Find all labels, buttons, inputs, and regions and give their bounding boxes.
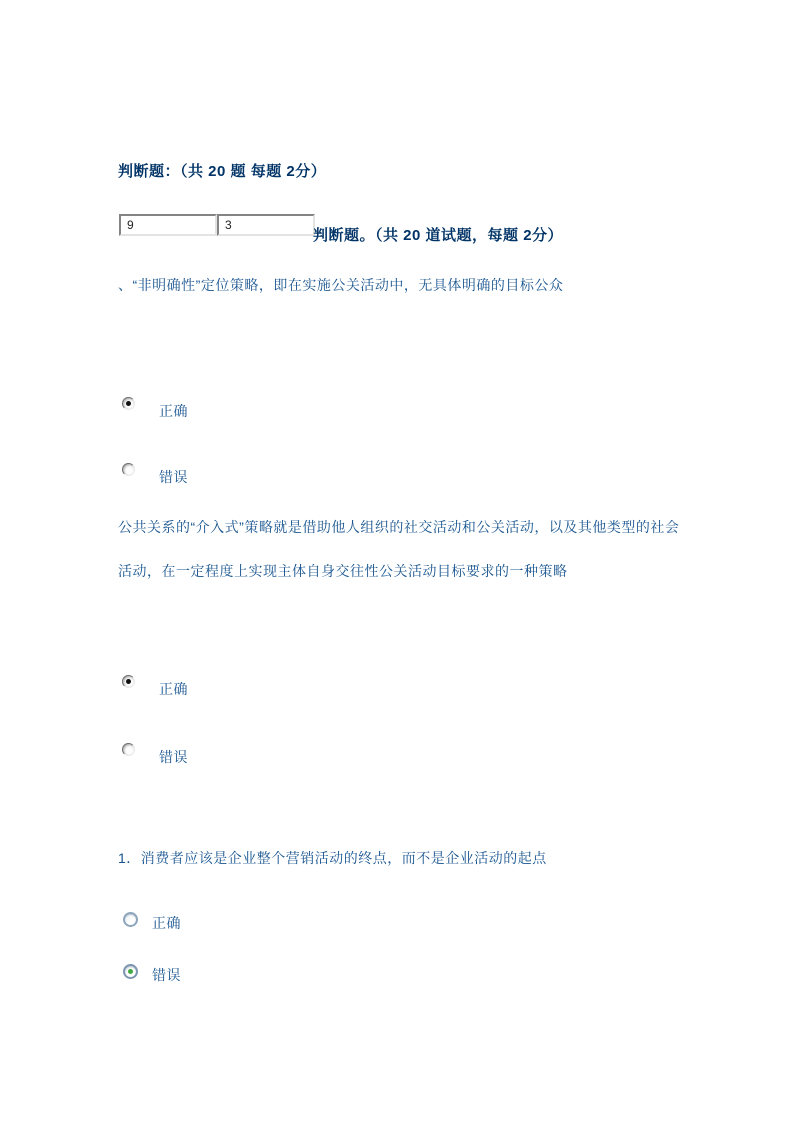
radio-dot	[126, 401, 131, 406]
document-page: 判断题：（共 20 题 每题 2分） 判断题。（共 20 道试题，每题 2分） …	[0, 0, 794, 1123]
question-2-text: 公共关系的“介入式”策略就是借助他人组织的社交活动和公关活动，以及其他类型的社会…	[118, 505, 688, 593]
question-3-radio-false[interactable]	[123, 964, 138, 979]
score-input-1[interactable]	[119, 214, 217, 236]
question-3-radio-true[interactable]	[123, 912, 138, 927]
question-1-label-true: 正确	[159, 401, 188, 421]
radio-dot	[126, 679, 131, 684]
score-input-2[interactable]	[217, 214, 315, 236]
question-3-label-true: 正确	[152, 913, 181, 933]
question-2-label-false: 错误	[159, 747, 188, 767]
question-3-label-false: 错误	[152, 965, 181, 985]
radio-dot	[128, 969, 133, 974]
question-2-radio-false[interactable]	[122, 743, 135, 756]
question-3-text: 1．消费者应该是企业整个营销活动的终点，而不是企业活动的起点	[118, 836, 547, 880]
subsection-title: 判断题。（共 20 道试题，每题 2分）	[313, 224, 563, 245]
section-title: 判断题：（共 20 题 每题 2分）	[118, 160, 326, 181]
question-2-label-true: 正确	[159, 679, 188, 699]
question-1-text: 、“非明确性”定位策略，即在实施公关活动中，无具体明确的目标公众	[118, 263, 563, 307]
question-2-radio-true[interactable]	[122, 675, 135, 688]
question-1-label-false: 错误	[159, 467, 188, 487]
question-1-radio-true[interactable]	[122, 397, 135, 410]
question-1-radio-false[interactable]	[122, 463, 135, 476]
